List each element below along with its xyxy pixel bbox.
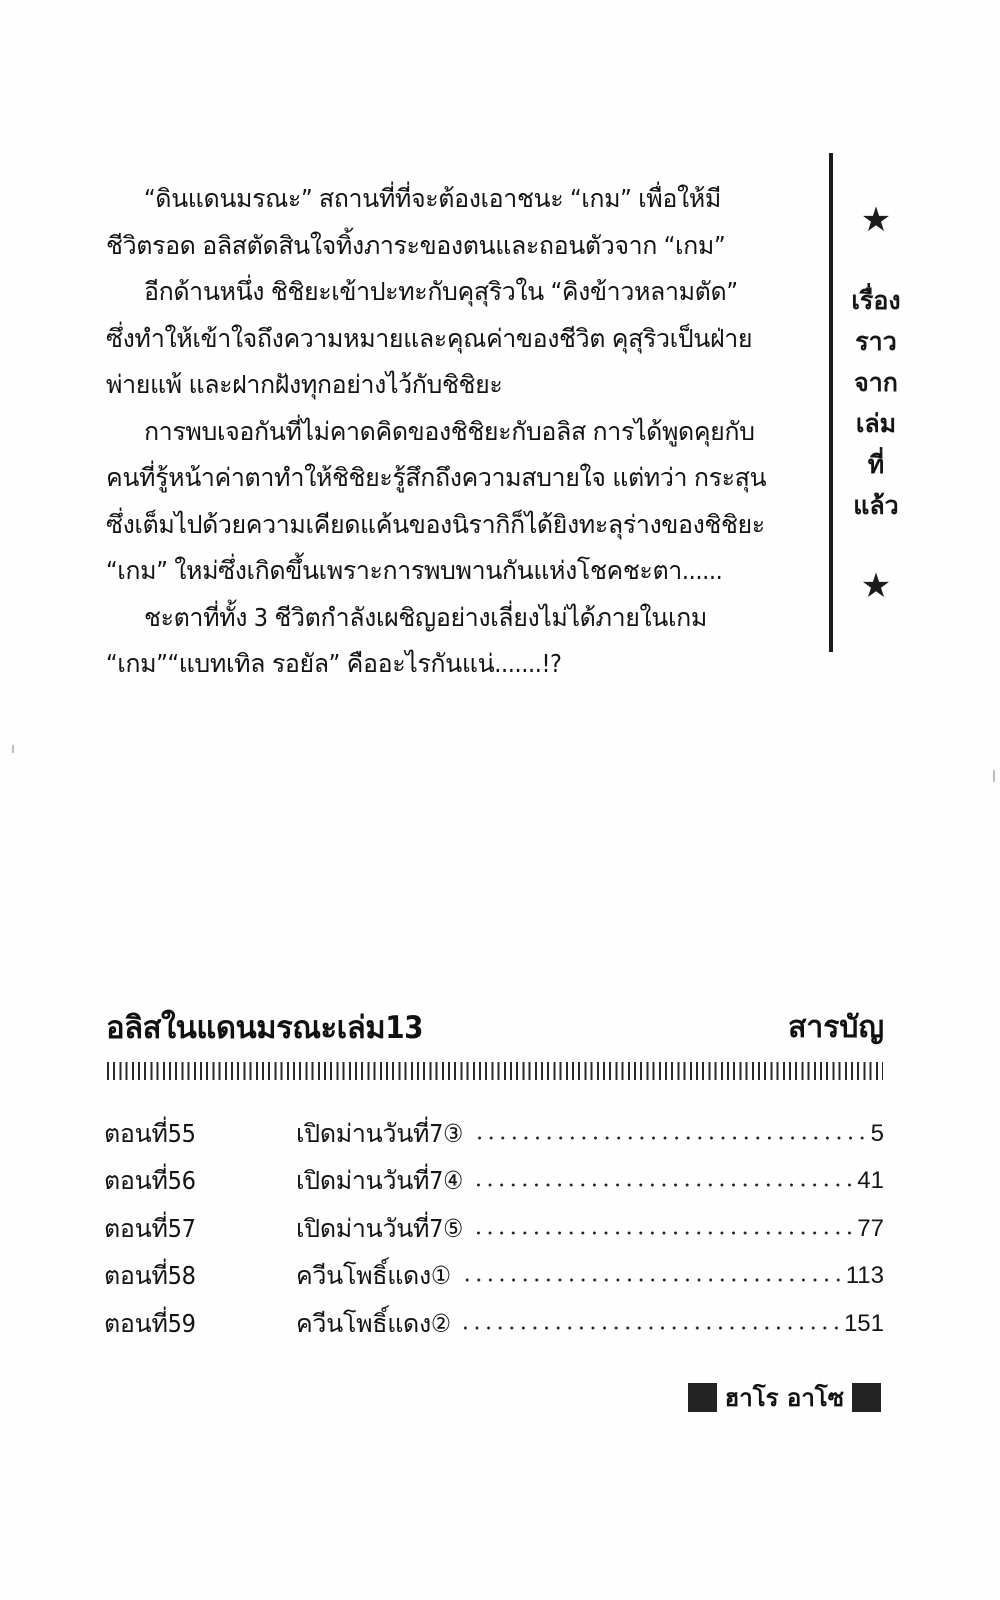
toc-title: ควีนโพธิ์แดง① (296, 1256, 461, 1296)
synopsis-line: “เกม” ใหม่ซึ่งเกิดขึ้นเพราะการพบพานกันแห… (106, 548, 816, 595)
toc-entry: ตอนที่56 เปิดม่านวันที่7④ 41 (104, 1158, 884, 1206)
star-icon: ★ (838, 566, 914, 606)
toc-entry: ตอนที่55 เปิดม่านวันที่7③ 5 (104, 1110, 884, 1158)
side-label-word: เรื่อง (838, 280, 914, 321)
dot-leader (473, 1183, 855, 1187)
previous-volume-synopsis: “ดินแดนมรณะ” สถานที่ที่จะต้องเอาชนะ “เกม… (106, 176, 816, 688)
square-icon (852, 1383, 881, 1412)
side-label-word: เล่ม (838, 403, 914, 444)
toc-page-number: 151 (842, 1310, 884, 1338)
table-of-contents: ตอนที่55 เปิดม่านวันที่7③ 5 ตอนที่56 เปิ… (104, 1110, 884, 1348)
book-title: อลิสในแดนมรณะเล่ม13 (106, 1004, 423, 1052)
dot-leader (473, 1136, 868, 1140)
square-icon (688, 1383, 717, 1412)
synopsis-line: การพบเจอกันที่ไม่คาดคิดของชิชิยะกับอลิส … (106, 409, 816, 456)
side-label-previous-volume: ★ เรื่อง ราว จาก เล่ม ที่ แล้ว ★ (838, 200, 914, 606)
side-label-word: ที่ (838, 444, 914, 485)
toc-page-number: 5 (868, 1120, 884, 1148)
side-label-word: จาก (838, 362, 914, 403)
barcode-divider (107, 1062, 883, 1080)
toc-chapter: ตอนที่59 (104, 1304, 296, 1344)
toc-entry: ตอนที่57 เปิดม่านวันที่7⑤ 77 (104, 1205, 884, 1253)
vertical-divider (829, 153, 833, 652)
author-name: ฮาโร อาโซ (723, 1378, 846, 1417)
side-label-word: แล้ว (838, 485, 914, 526)
synopsis-line: คนที่รู้หน้าค่าตาทำให้ชิชิยะรู้สึกถึงควา… (106, 455, 816, 502)
toc-chapter: ตอนที่57 (104, 1209, 296, 1249)
dot-leader (473, 1231, 855, 1235)
toc-entry: ตอนที่58 ควีนโพธิ์แดง① 113 (104, 1253, 884, 1301)
synopsis-line: พ่ายแพ้ และฝากฝังทุกอย่างไว้กับชิชิยะ (106, 362, 816, 409)
synopsis-line: “เกม”“แบทเทิล รอยัล” คืออะไรกันแน่......… (106, 641, 816, 688)
scan-speck (993, 770, 995, 782)
contents-heading: สารบัญ (788, 1004, 884, 1052)
toc-chapter: ตอนที่56 (104, 1161, 296, 1201)
book-page: “ดินแดนมรณะ” สถานที่ที่จะต้องเอาชนะ “เกม… (0, 0, 1000, 1600)
dot-leader (461, 1326, 842, 1330)
synopsis-line: ชีวิตรอด อลิสตัดสินใจทิ้งภาระของตนและถอน… (106, 223, 816, 270)
toc-title: เปิดม่านวันที่7③ (296, 1114, 473, 1154)
toc-page-number: 77 (855, 1215, 884, 1243)
toc-title: ควีนโพธิ์แดง② (296, 1304, 461, 1344)
contents-header: อลิสในแดนมรณะเล่ม13 สารบัญ (106, 1004, 884, 1054)
synopsis-line: ชะตาที่ทั้ง 3 ชีวิตกำลังเผชิญอย่างเลี่ยง… (106, 595, 816, 642)
dot-leader (461, 1278, 844, 1282)
author-credit: ฮาโร อาโซ (688, 1381, 881, 1413)
side-label-words: เรื่อง ราว จาก เล่ม ที่ แล้ว (838, 280, 914, 526)
scan-speck (12, 745, 14, 753)
side-label-word: ราว (838, 321, 914, 362)
toc-chapter: ตอนที่55 (104, 1114, 296, 1154)
toc-title: เปิดม่านวันที่7④ (296, 1161, 473, 1201)
toc-page-number: 113 (844, 1262, 884, 1290)
toc-page-number: 41 (855, 1167, 884, 1195)
toc-entry: ตอนที่59 ควีนโพธิ์แดง② 151 (104, 1300, 884, 1348)
synopsis-line: “ดินแดนมรณะ” สถานที่ที่จะต้องเอาชนะ “เกม… (106, 176, 816, 223)
toc-chapter: ตอนที่58 (104, 1256, 296, 1296)
toc-title: เปิดม่านวันที่7⑤ (296, 1209, 473, 1249)
synopsis-line: อีกด้านหนึ่ง ชิชิยะเข้าปะทะกับคุสุริวใน … (106, 269, 816, 316)
synopsis-line: ซึ่งทำให้เข้าใจถึงความหมายและคุณค่าของชี… (106, 316, 816, 363)
star-icon: ★ (838, 200, 914, 240)
synopsis-line: ซึ่งเต็มไปด้วยความเคียดแค้นของนิรากิก็ได… (106, 502, 816, 549)
